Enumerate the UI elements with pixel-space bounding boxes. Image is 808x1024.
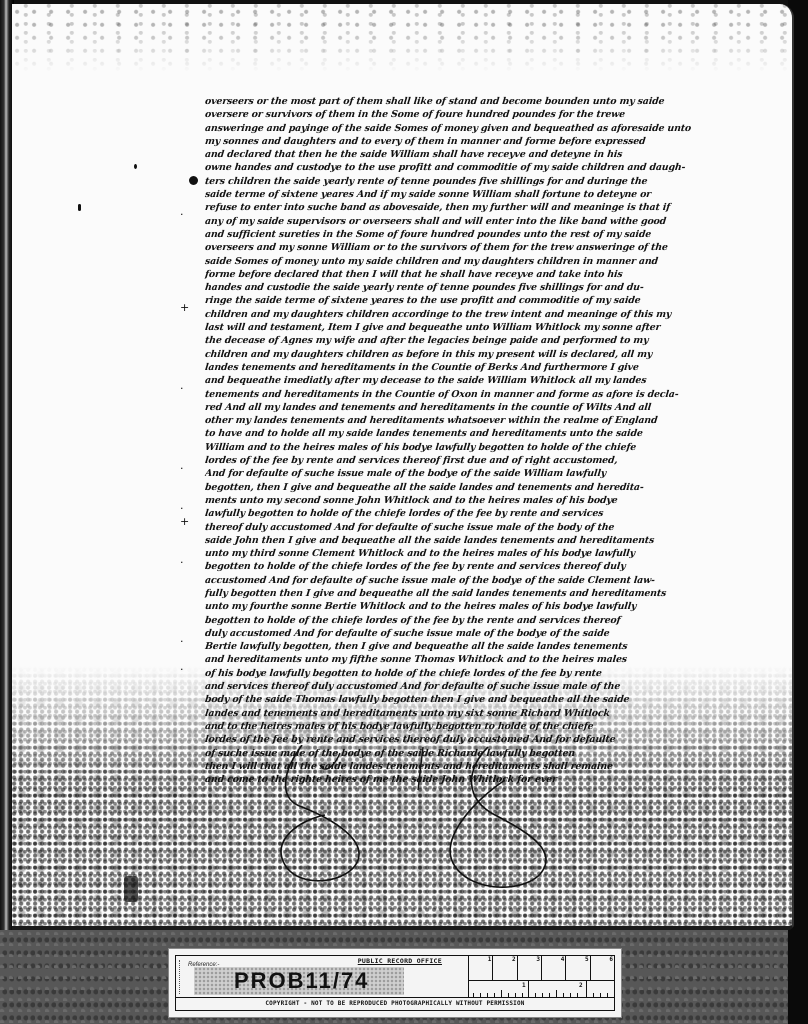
cm-mark: 1: [469, 956, 493, 980]
text-line: and hereditaments unto my fifthe sonne T…: [204, 653, 745, 666]
cm-mark: 5: [566, 956, 590, 980]
text-line: children and my daughters children accor…: [204, 308, 745, 321]
text-line: other my landes tenements and hereditame…: [204, 414, 745, 427]
manuscript-text: overseers or the most part of them shall…: [205, 95, 745, 786]
inch-mark: 1: [522, 982, 526, 989]
text-line: saide Somes of money unto my saide child…: [204, 255, 745, 268]
text-line: and sufficient sureties in the Some of f…: [204, 228, 745, 241]
text-line: begotten to holde of the chiefe lordes o…: [204, 560, 745, 573]
text-line: unto my third sonne Clement Whitlock and…: [204, 547, 745, 560]
archive-reference-label: Reference:- PUBLIC RECORD OFFICE PROB11/…: [168, 948, 622, 1018]
cm-scale: 1 2 3 4 5 6: [469, 956, 614, 981]
text-line: handes and custodie the saide yearly ren…: [204, 281, 745, 294]
text-line: William and to the heires males of his b…: [204, 441, 745, 454]
inch-scale: 1 2: [469, 980, 614, 998]
institution-name: PUBLIC RECORD OFFICE: [358, 957, 442, 965]
text-line: Bertie lawfully begotten, then I give an…: [204, 640, 745, 653]
text-line: landes and tenements and hereditaments u…: [204, 707, 745, 720]
text-line: answeringe and payinge of the saide Some…: [204, 122, 745, 135]
label-side-rule: [179, 960, 184, 994]
copyright-notice: COPYRIGHT - NOT TO BE REPRODUCED PHOTOGR…: [176, 997, 614, 1010]
margin-dot-mark: ·: [180, 635, 184, 648]
text-line: forme before declared that then I will t…: [204, 268, 745, 281]
text-line: overseers and my sonne William or to the…: [204, 241, 745, 254]
cm-mark: 6: [591, 956, 614, 980]
text-line: begotten to holde of the chiefe lordes o…: [204, 614, 745, 627]
margin-dot-mark: ·: [180, 208, 184, 221]
text-line: ringe the saide terme of sixtene yeares …: [204, 294, 745, 307]
foxing-top: [12, 4, 792, 74]
text-line: unto my fourthe sonne Bertie Whitlock an…: [204, 600, 745, 613]
cm-mark: 4: [542, 956, 566, 980]
scale-ruler: 1 2 3 4 5 6 1: [469, 956, 614, 998]
stain-mark: [124, 876, 138, 902]
text-line: ters children the saide yearly rente of …: [204, 175, 745, 188]
text-line: oversere or survivors of them in the Som…: [204, 108, 745, 121]
label-frame: Reference:- PUBLIC RECORD OFFICE PROB11/…: [175, 955, 615, 1011]
margin-dot-mark: ·: [180, 556, 184, 569]
ink-speck: [134, 164, 137, 169]
margin-cross-mark: +: [180, 301, 189, 314]
text-line: and to the heires males of his bodye law…: [204, 720, 745, 733]
cm-mark: 2: [493, 956, 517, 980]
margin-dot-mark: ·: [180, 382, 184, 395]
text-line: and declared that then he the saide Will…: [204, 148, 745, 161]
text-line: landes tenements and hereditaments in th…: [204, 361, 745, 374]
text-line: to have and to holde all my saide landes…: [204, 427, 745, 440]
margin-dot-mark: ·: [180, 663, 184, 676]
text-line: refuse to enter into suche band as above…: [204, 201, 745, 214]
text-line: and services thereof duly accustomed And…: [204, 680, 745, 693]
reference-code: PROB11/74: [234, 968, 369, 994]
text-line: accustomed And for defaulte of suche iss…: [204, 574, 745, 587]
margin-cross-mark: +: [180, 515, 189, 528]
label-reference-section: Reference:- PUBLIC RECORD OFFICE PROB11/…: [176, 956, 469, 998]
text-line: duly accustomed And for defaulte of such…: [204, 627, 745, 640]
closing-flourish-icon: [240, 745, 580, 895]
margin-dot-mark: ·: [180, 502, 184, 515]
text-line: lordes of the fee by rente and services …: [204, 454, 745, 467]
text-line: begotten, then I give and bequeathe all …: [204, 481, 745, 494]
text-line: ments unto my second sonne John Whitlock…: [204, 494, 745, 507]
text-line: lawfully begotten to holde of the chiefe…: [204, 507, 745, 520]
text-line: saide John then I give and bequeathe all…: [204, 534, 745, 547]
text-line: of his bodye lawfully begotten to holde …: [204, 667, 745, 680]
text-line: the decease of Agnes my wife and after t…: [204, 334, 745, 347]
text-line: fully begotten then I give and bequeathe…: [204, 587, 745, 600]
text-line: tenements and hereditaments in the Count…: [204, 388, 745, 401]
text-line: saide terme of sixtene yeares And if my …: [204, 188, 745, 201]
ink-speck: [78, 204, 81, 211]
text-line: thereof duly accustomed And for defaulte…: [204, 521, 745, 534]
text-line: last will and testament, Item I give and…: [204, 321, 745, 334]
text-line: my sonnes and daughters and to every of …: [204, 135, 745, 148]
text-line: and bequeathe imediatly after my decease…: [204, 374, 745, 387]
text-line: overseers or the most part of them shall…: [204, 95, 745, 108]
ink-blot: [189, 176, 198, 185]
text-line: owne handes and custodye to the use prof…: [204, 161, 745, 174]
text-line: red And all my landes and tenements and …: [204, 401, 745, 414]
text-line: any of my saide supervisors or overseers…: [204, 215, 745, 228]
inch-mark: 2: [579, 982, 583, 989]
text-line: children and my daughters children as be…: [204, 348, 745, 361]
text-line: And for defaulte of suche issue male of …: [204, 467, 745, 480]
text-line: body of the saide Thomas lawfully begott…: [204, 693, 745, 706]
cm-mark: 3: [518, 956, 542, 980]
margin-dot-mark: ·: [180, 462, 184, 475]
